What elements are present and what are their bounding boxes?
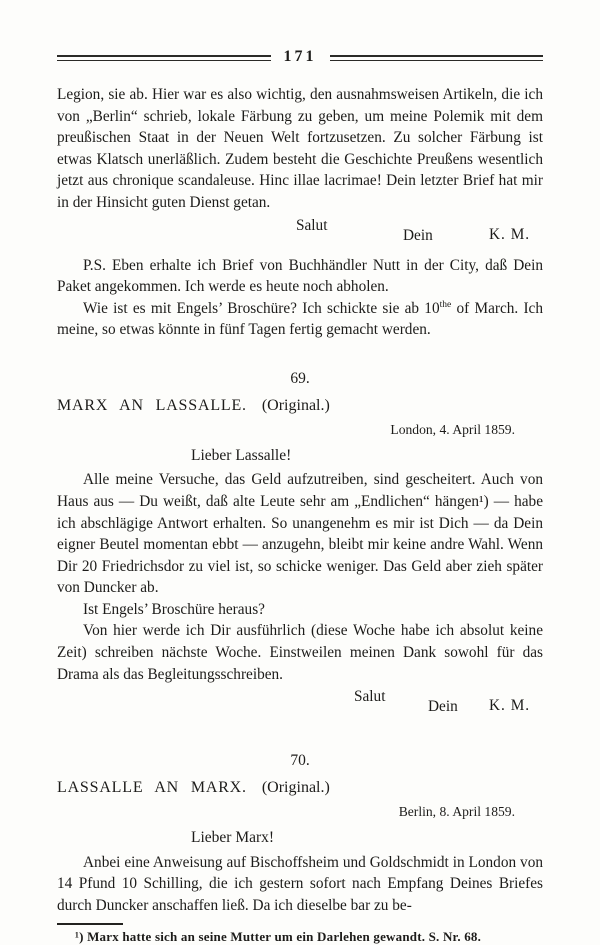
letter-69: 69. MARX AN LASSALLE.(Original.) London,…: [57, 368, 543, 723]
letter-69-number: 69.: [57, 368, 543, 390]
letter-69-heading-caps: MARX AN LASSALLE.: [57, 397, 247, 414]
letter-70-number: 70.: [57, 750, 543, 772]
letter-68-postscript: P.S. Eben erhalte ich Brief von Buchhänd…: [57, 255, 543, 298]
footnote-text: ¹) Marx hatte sich an seine Mutter um ei…: [57, 928, 543, 945]
letter-70-paragraph-1: Anbei eine Anweisung auf Bischoffsheim u…: [57, 852, 543, 917]
letter-70-heading-caps: LASSALLE AN MARX.: [57, 779, 247, 796]
letter-68-paragraph: Legion, sie ab. Hier war es also wichtig…: [57, 84, 543, 214]
footnote-separator: [57, 923, 123, 925]
letter-70: 70. LASSALLE AN MARX.(Original.) Berlin,…: [57, 750, 543, 916]
letter-70-heading: LASSALLE AN MARX.(Original.): [57, 777, 543, 799]
closing-salut: Salut: [354, 686, 385, 708]
letter-70-salutation: Lieber Marx!: [191, 827, 543, 849]
letter-68-continuation: Legion, sie ab. Hier war es also wichtig…: [57, 84, 543, 341]
page-body: Legion, sie ab. Hier war es also wichtig…: [0, 66, 600, 945]
letter-70-dateline: Berlin, 8. April 1859.: [57, 801, 543, 823]
letter-69-heading-original: (Original.): [262, 397, 330, 414]
page-number: 171: [284, 49, 317, 65]
closing-dein: Dein: [428, 696, 458, 718]
closing-salut: Salut: [296, 215, 327, 237]
closing-dein: Dein: [403, 225, 433, 247]
footnote-area: ¹) Marx hatte sich an seine Mutter um ei…: [57, 923, 543, 945]
letter-69-dateline: London, 4. April 1859.: [57, 419, 543, 441]
letter-68-postscript-2: Wie ist es mit Engels’ Broschüre? Ich sc…: [57, 298, 543, 341]
page-header: 171: [0, 0, 600, 66]
letter-69-paragraph-2: Ist Engels’ Broschüre heraus?: [57, 599, 543, 621]
letter-69-paragraph-3: Von hier werde ich Dir ausführlich (dies…: [57, 620, 543, 685]
book-page: 171 Legion, sie ab. Hier war es also wic…: [0, 0, 600, 945]
closing-initials: K. M.: [489, 224, 530, 246]
letter-68-closing: Salut Dein K. M.: [57, 214, 543, 255]
header-rule-right: [330, 55, 544, 61]
letter-69-heading: MARX AN LASSALLE.(Original.): [57, 395, 543, 417]
letter-69-closing: Salut Dein K. M.: [57, 685, 543, 723]
letter-70-heading-original: (Original.): [262, 779, 330, 796]
postscript-2-text: Wie ist es mit Engels’ Broschüre? Ich sc…: [83, 300, 440, 317]
letter-69-paragraph-1: Alle meine Versuche, das Geld aufzutreib…: [57, 469, 543, 599]
closing-initials: K. M.: [489, 695, 530, 717]
letter-69-salutation: Lieber Lassalle!: [191, 445, 543, 467]
superscript-ordinal: the: [440, 300, 452, 310]
header-rule-left: [57, 55, 271, 61]
